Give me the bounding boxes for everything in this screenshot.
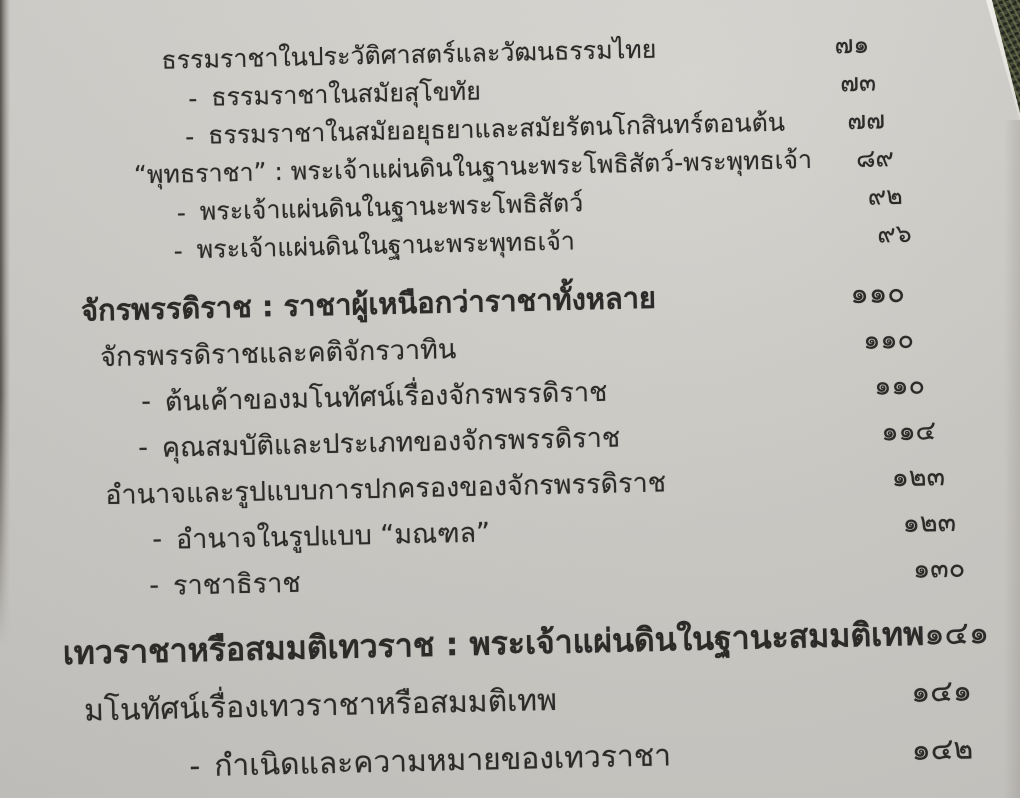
table-of-contents: ธรรมราชาในประวัติศาสตร์และวัฒนธรรมไทย ๗๑…	[0, 0, 1020, 798]
toc-entry-page-number: ๗๓	[840, 63, 877, 104]
toc-entry-title: อำนาจในรูปแบบ “มณฑล”	[176, 510, 491, 560]
toc-entry-page-number: ๑๑๐	[850, 269, 906, 316]
toc-entry-title: มโนทัศน์เรื่องเทวราชาหรือสมมติเทพ	[84, 676, 558, 734]
toc-entry-page-number: ๑๒๓	[902, 499, 956, 543]
toc-entry-page-number: ๑๑๔	[881, 408, 937, 452]
toc-entry-page-number: ๑๔๒	[911, 725, 974, 773]
dash-marker: -	[149, 569, 159, 600]
toc-entry-page-number: ๑๔๑	[924, 607, 990, 659]
dash-marker: -	[177, 198, 187, 227]
toc-entry-page-number: ๑๓๐	[913, 545, 966, 589]
toc-entry-title: พระเจ้าแผ่นดินในฐานะพระพุทธเจ้า	[196, 221, 575, 270]
toc-entry-page-number: ๑๑๐	[863, 316, 915, 360]
book-page-photo: ธรรมราชาในประวัติศาสตร์และวัฒนธรรมไทย ๗๑…	[0, 0, 1020, 798]
toc-entry-title: ราชาธิราช	[173, 560, 302, 606]
toc-entry-title: จักรพรรดิราชและคติจักรวาทิน	[100, 327, 457, 378]
toc-entry-page-number: ๑๔๑	[911, 667, 973, 715]
dash-marker: -	[173, 236, 183, 265]
dash-marker: -	[138, 432, 148, 463]
dash-marker: -	[141, 386, 151, 417]
toc-entry-title: กำเนิดและความหมายของเทวราชา	[214, 732, 672, 789]
dash-marker: -	[188, 83, 198, 112]
toc-entry-page-number: ๑๒๓	[891, 454, 945, 498]
dash-marker: -	[185, 121, 195, 150]
toc-entry-page-number: ๘๙	[856, 138, 895, 179]
dash-marker: -	[152, 523, 162, 554]
toc-entry-page-number: ๙๒	[867, 176, 903, 217]
toc-entry-page-number: ๙๖	[877, 214, 912, 255]
toc-entry-page-number: ๗๑	[834, 25, 870, 66]
toc-entry-page-number: ๗๗	[847, 100, 886, 141]
dash-marker: -	[189, 749, 201, 784]
toc-entry-page-number: ๑๑๐	[874, 362, 926, 406]
